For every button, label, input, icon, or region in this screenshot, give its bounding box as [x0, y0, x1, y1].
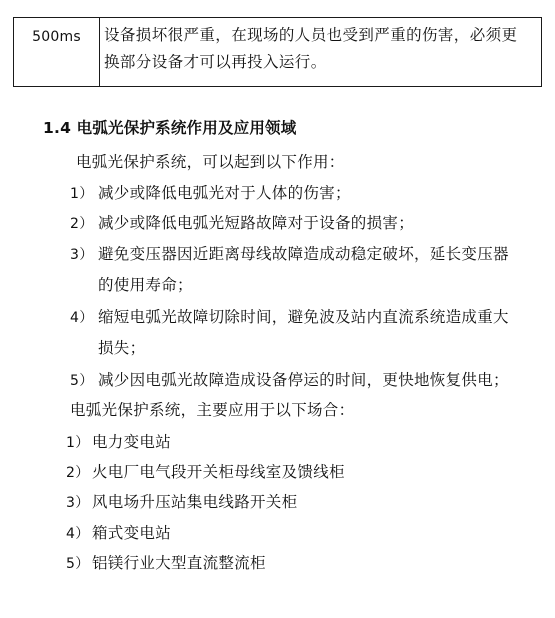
list-text: 火电厂电气段开关柜母线室及馈线柜	[92, 463, 345, 481]
list-number: 5）	[66, 553, 92, 573]
document-page: 500ms 设备损坏很严重，在现场的人员也受到严重的伤害，必须更 换部分设备才可…	[0, 0, 555, 618]
application-item-4: 4）箱式变电站	[66, 521, 171, 543]
list-number: 2）	[70, 213, 98, 233]
list-text: 箱式变电站	[92, 524, 171, 542]
list-text: 缩短电弧光故障切除时间，避免波及站内直流系统造成重大	[98, 308, 509, 326]
function-item-5: 5）减少因电弧光故障造成设备停运的时间，更快地恢复供电；	[70, 368, 509, 390]
function-item-2: 2）减少或降低电弧光短路故障对于设备的损害；	[70, 211, 414, 233]
list-number: 3）	[66, 492, 92, 512]
applications-intro: 电弧光保护系统，主要应用于以下场合：	[70, 398, 354, 420]
consequence-line-2: 换部分设备才可以再投入运行。	[104, 49, 535, 76]
table-row: 500ms 设备损坏很严重，在现场的人员也受到严重的伤害，必须更 换部分设备才可…	[14, 18, 542, 87]
list-text: 避免变压器因近距离母线故障造成动稳定破坏，延长变压器	[98, 245, 509, 263]
function-item-1: 1）减少或降低电弧光对于人体的伤害；	[70, 181, 351, 203]
list-text: 减少因电弧光故障造成设备停运的时间，更快地恢复供电；	[98, 371, 509, 389]
list-number: 4）	[66, 523, 92, 543]
duration-cell: 500ms	[14, 18, 100, 87]
application-item-2: 2）火电厂电气段开关柜母线室及馈线柜	[66, 460, 345, 482]
functions-intro: 电弧光保护系统，可以起到以下作用：	[76, 150, 345, 172]
list-text: 减少或降低电弧光对于人体的伤害；	[98, 184, 351, 202]
application-item-3: 3）风电场升压站集电线路开关柜	[66, 490, 297, 512]
list-text: 铝镁行业大型直流整流柜	[92, 554, 266, 572]
function-item-4-cont: 损失；	[98, 336, 145, 358]
function-item-4: 4）缩短电弧光故障切除时间，避免波及站内直流系统造成重大	[70, 305, 509, 327]
function-item-3: 3）避免变压器因近距离母线故障造成动稳定破坏，延长变压器	[70, 242, 509, 264]
fault-duration-table: 500ms 设备损坏很严重，在现场的人员也受到严重的伤害，必须更 换部分设备才可…	[13, 17, 542, 87]
consequence-cell: 设备损坏很严重，在现场的人员也受到严重的伤害，必须更 换部分设备才可以再投入运行…	[100, 18, 542, 87]
section-heading: 1.4 电弧光保护系统作用及应用领域	[43, 116, 296, 138]
consequence-line-1: 设备损坏很严重，在现场的人员也受到严重的伤害，必须更	[104, 22, 535, 49]
function-item-3-cont: 的使用寿命；	[98, 273, 193, 295]
list-text: 电力变电站	[92, 433, 171, 451]
list-text: 风电场升压站集电线路开关柜	[92, 493, 297, 511]
list-number: 1）	[66, 432, 92, 452]
list-number: 5）	[70, 370, 98, 390]
list-text: 减少或降低电弧光短路故障对于设备的损害；	[98, 214, 414, 232]
list-number: 3）	[70, 244, 98, 264]
application-item-5: 5）铝镁行业大型直流整流柜	[66, 551, 266, 573]
list-number: 4）	[70, 307, 98, 327]
list-number: 1）	[70, 183, 98, 203]
list-number: 2）	[66, 462, 92, 482]
application-item-1: 1）电力变电站	[66, 430, 171, 452]
